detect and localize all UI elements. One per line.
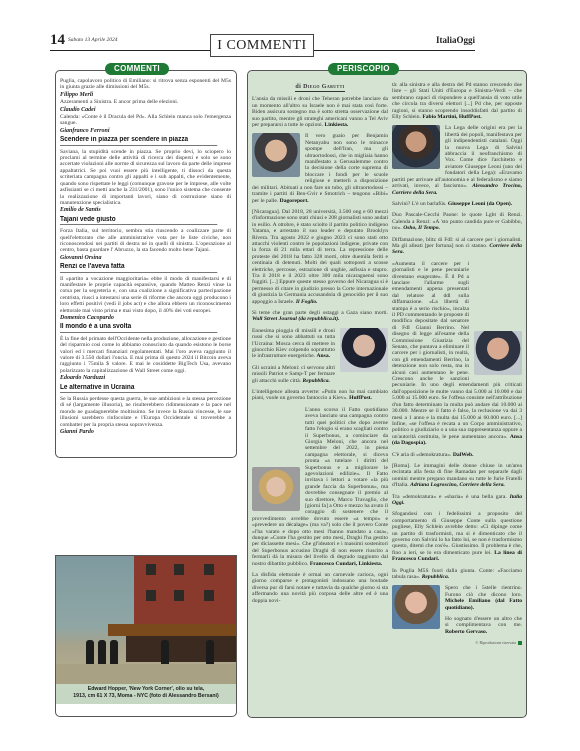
periscopio-label: PERISCOPIO: [328, 63, 399, 75]
putin-photo: [340, 328, 388, 372]
commenti-label: COMMENTI: [105, 63, 169, 75]
quote: Il vero guaio per Benjamin Netanyahu non…: [252, 133, 388, 203]
quote: Si teme che gran parte degli ostaggi a G…: [252, 310, 388, 323]
quote: L'anno scorso il Fatto quotidiano aveva …: [252, 407, 388, 567]
quote: La disfida elettorale è ormai un carneva…: [252, 572, 388, 604]
quote: [Nicaragua]. Dal 2018, 28 università, 3.…: [252, 209, 388, 305]
quote: Salvini? L'è un barlafüs. Giuseppe Leoni…: [392, 201, 522, 207]
end-square-icon: [518, 641, 522, 645]
painting-figure: Edward Hopper, 'New York Corner', olio s…: [55, 555, 237, 717]
page-date: Sabato 13 Aprile 2024: [68, 37, 118, 43]
meloni-photo: [252, 467, 300, 511]
article-title: Scendere in piazza per scendere in piazz…: [60, 137, 217, 145]
quote: Spero che i 5stelle rientrino. Furono ci…: [392, 585, 522, 611]
quote: La Lega delle origini era per la libertà…: [392, 125, 522, 195]
short-comment: Azzeramenti a Sinistra. E ancor prima de…: [60, 99, 231, 105]
emiliano-photo: [392, 585, 440, 629]
periscopio-left-column: di Diego Gabutti L'ansia da missili e dr…: [252, 82, 388, 609]
article-body: Forza Italia, sul territorio, sembra sti…: [60, 228, 231, 254]
author: Gianni Pardo: [60, 429, 231, 435]
article-title: Il mondo è a una svolta: [60, 324, 217, 332]
painting-image: [56, 556, 236, 684]
netanyahu-photo: [252, 133, 300, 177]
painting-caption: Edward Hopper, 'New York Corner', olio s…: [56, 684, 236, 704]
quote: tà: alla sinistra e alla destra del Pd s…: [392, 82, 522, 120]
end-note: © Riproduzione riservata: [392, 640, 522, 646]
author: Giovanni Orsina: [60, 255, 231, 261]
short-comment: Calenda: «Conte è il Dracula del Pd». Al…: [60, 114, 231, 127]
byline-author: Diego Gabutti: [303, 84, 345, 91]
article-title: Le alternative in Ucraina: [60, 385, 217, 393]
article-title: Renzi ce l'aveva fatta: [60, 264, 217, 272]
article-body: Saviana, la stupidità scende in piazza. …: [60, 149, 231, 207]
short-comment: Puglia, capolavoro politico di Emiliano:…: [60, 78, 231, 91]
quote: «Aumenta il carcere per i giornalisti e …: [392, 261, 522, 447]
article-body: È la fine del primato dell'Occidente nel…: [60, 336, 231, 374]
periscopio-right-column: tà: alla sinistra e alla destra del Pd s…: [392, 82, 522, 647]
quote: Duo Pascale-Cecchi Paone: le quote Lgbt …: [392, 212, 522, 231]
author: Claudio Cadei: [60, 107, 231, 113]
author: Domenico Cacopardo: [60, 315, 231, 321]
article-body: Se la Russia perdesse questa guerra, le …: [60, 396, 231, 428]
brand-logo: ItaliaOggi: [436, 35, 475, 45]
commenti-content: Puglia, capolavoro politico di Emiliano:…: [60, 78, 231, 437]
quote: L'intelligence alleata avverte: «Putin n…: [252, 389, 388, 402]
quote: Tra «demokratura» e «sharia» è una bella…: [392, 494, 522, 507]
author: Filippo Merli: [60, 92, 231, 98]
salvini-photo: [392, 125, 440, 169]
quote: In Puglia M5S fuori dalla giunta. Conte:…: [392, 568, 522, 581]
article-title: Tajani vede giusto: [60, 217, 217, 225]
byline: di Diego Gabutti: [252, 84, 388, 90]
quote: C'è aria di «demokratura». DalWeb.: [392, 452, 522, 458]
quote: Sfogandosi con i fedelissimi a proposito…: [392, 511, 522, 562]
quote: Ennesima pioggia di missili e droni russ…: [252, 328, 388, 360]
quote: Diffamazione, blitz di FdI: sì al carcer…: [392, 237, 522, 256]
berrino-photo: [474, 331, 522, 375]
quote: L'ansia da missili e droni che Teheran p…: [252, 96, 388, 128]
author: Emilio de Santis: [60, 207, 231, 213]
section-title: I COMMENTI: [210, 34, 314, 57]
page-number: 14: [50, 32, 65, 49]
quote: [Roma]. Le immagini delle donne chiuse i…: [392, 463, 522, 489]
author: Gianfranco Ferroni: [60, 128, 231, 134]
author: Edoardo Narduzzi: [60, 375, 231, 381]
article-body: Il «partito a vocazione maggioritaria» e…: [60, 276, 231, 314]
